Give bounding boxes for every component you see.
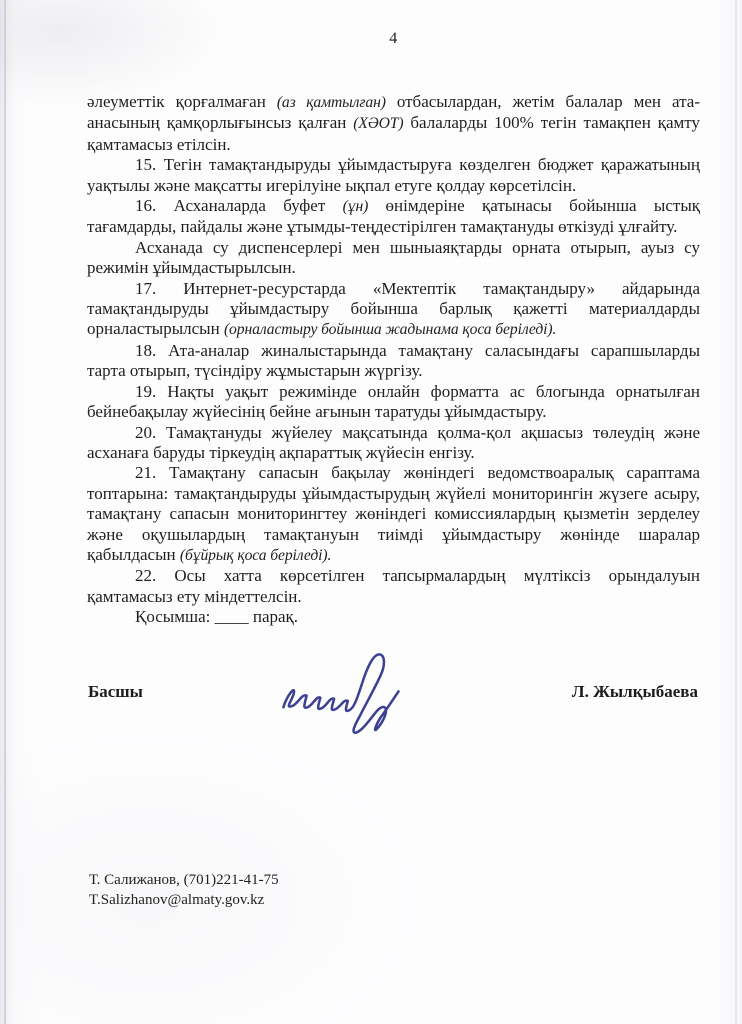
signer-name: Л. Жылқыбаева <box>572 682 698 702</box>
paragraph-continuation: әлеуметтік қорғалмаған (аз қамтылған) от… <box>87 92 700 155</box>
signer-title: Басшы <box>88 682 143 702</box>
paragraph-item-21: 21. Тамақтану сапасын бақылау жөніндегі … <box>87 463 700 566</box>
text-run: 20. Тамақтануды жүйелеу мақсатында қолма… <box>87 423 700 462</box>
page-number: 4 <box>87 30 700 48</box>
text-run-italic: (орналастыру бойынша жадынама қоса беріл… <box>224 321 556 338</box>
page-right-edge-line <box>735 0 737 1024</box>
text-run: 22. Осы хатта көрсетілген тапсырмалардың… <box>87 566 700 605</box>
paragraph-canteen-water: Асханада су диспенсерлері мен шыныаяқтар… <box>87 238 700 279</box>
text-run: 18. Ата-аналар жиналыстарында тамақтану … <box>87 341 700 380</box>
scanned-letter-page: 4 әлеуметтік қорғалмаған (аз қамтылған) … <box>0 0 742 1024</box>
executor-contacts: Т. Салижанов, (701)221-41-75 T.Salizhano… <box>89 871 279 910</box>
text-run-italic: (бұйрық қоса беріледі). <box>180 547 331 564</box>
executor-email: T.Salizhanov@almaty.gov.kz <box>89 891 279 911</box>
text-run-italic: (аз қамтылған) <box>277 94 386 111</box>
executor-name-phone: Т. Салижанов, (701)221-41-75 <box>89 871 279 891</box>
handwritten-signature-icon <box>276 646 408 740</box>
text-run: 19. Нақты уақыт режимінде онлайн форматт… <box>87 382 700 421</box>
paragraph-attachment: Қосымша: ____ парақ. <box>87 607 700 627</box>
paragraph-item-18: 18. Ата-аналар жиналыстарында тамақтану … <box>87 341 700 382</box>
text-run: Асханада су диспенсерлері мен шыныаяқтар… <box>87 238 700 277</box>
paragraph-item-17: 17. Интернет-ресурстарда «Мектептік тама… <box>87 279 700 341</box>
paragraph-item-20: 20. Тамақтануды жүйелеу мақсатында қолма… <box>87 423 700 464</box>
paragraph-item-15: 15. Тегін тамақтандыруды ұйымдастыруға к… <box>87 155 700 196</box>
page-left-edge-line <box>4 0 6 1024</box>
letter-body: әлеуметтік қорғалмаған (аз қамтылған) от… <box>87 92 700 628</box>
text-run: әлеуметтік қорғалмаған <box>87 92 277 111</box>
text-run-italic: (ХӘОТ) <box>353 115 403 132</box>
text-run: 16. Асханаларда буфет <box>135 196 343 215</box>
paragraph-item-16: 16. Асханаларда буфет (ұн) өнімдеріне қа… <box>87 196 700 238</box>
paragraph-item-22: 22. Осы хатта көрсетілген тапсырмалардың… <box>87 566 700 607</box>
text-run: 15. Тегін тамақтандыруды ұйымдастыруға к… <box>87 155 700 194</box>
paragraph-item-19: 19. Нақты уақыт режимінде онлайн форматт… <box>87 382 700 423</box>
text-run-italic: (ұн) <box>343 198 369 215</box>
text-run: Қосымша: ____ парақ. <box>135 607 298 626</box>
